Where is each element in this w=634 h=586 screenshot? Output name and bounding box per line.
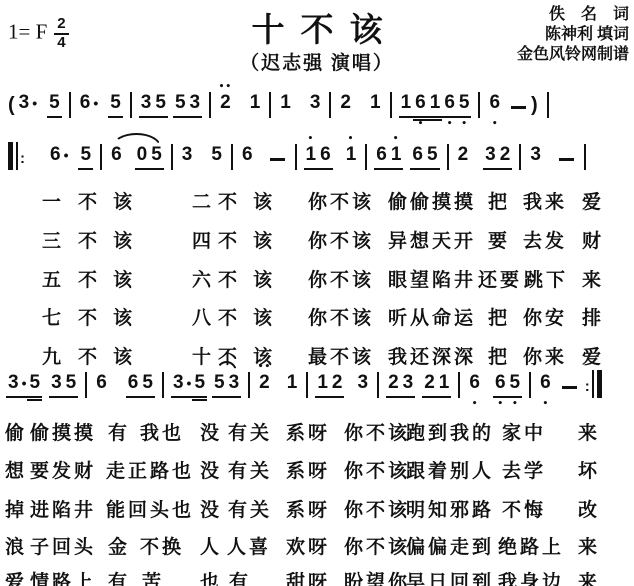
spacer	[233, 117, 248, 118]
lyric-word: 没	[200, 456, 222, 483]
repeat-dots: :	[585, 376, 590, 398]
note: 3	[401, 372, 416, 398]
music-line-intro: (3•56•535532••1132116•16•5•6•)	[6, 78, 556, 118]
lyric-word: 还要	[478, 265, 522, 292]
lyric-word: 该	[253, 303, 275, 330]
spacer	[293, 117, 308, 118]
lyric-word: 跑到我的	[406, 418, 494, 445]
spacer	[502, 117, 508, 118]
lyric-word: 你安	[523, 303, 567, 330]
note: 3	[227, 372, 242, 398]
note: 1	[368, 92, 383, 118]
lyric-word: 不	[78, 342, 100, 369]
lyric-word: 进陷井	[30, 495, 96, 522]
lyric-word: 来	[578, 567, 600, 586]
spacer	[553, 397, 559, 398]
octave-dot-below: •	[538, 400, 553, 409]
note: 3	[528, 144, 543, 170]
lyric-word: 你不该	[308, 187, 374, 214]
lyric-word: 欢呀	[286, 532, 330, 559]
dot-after-note: •	[92, 92, 99, 118]
octave-dot-below: •	[487, 120, 502, 129]
parenthesis: (	[6, 94, 17, 118]
parenthesis: )	[529, 94, 540, 118]
repeat-dots: :	[20, 148, 25, 170]
note: 6•	[487, 92, 502, 118]
octave-dot-below: •	[457, 120, 472, 129]
lyric-word: 有	[229, 567, 251, 586]
lyric-word: 金	[108, 532, 130, 559]
barline	[85, 372, 87, 398]
lyric-word: 你不该	[308, 226, 374, 253]
lyric-word: 苦	[142, 567, 164, 586]
lyric-word: 七	[42, 303, 64, 330]
octave-dot-below: •	[442, 120, 457, 129]
spacer	[415, 397, 422, 398]
lyric-word: 偷	[5, 418, 27, 445]
lyric-word: 三	[42, 226, 64, 253]
note: 1•	[304, 144, 319, 170]
repeat-close-sign: :	[583, 370, 602, 398]
spacer	[272, 397, 285, 398]
dot-after-note: •	[186, 372, 193, 398]
lyric-word: 该	[113, 187, 135, 214]
note: 3	[308, 92, 323, 118]
lyric-word: 浪	[5, 532, 27, 559]
spacer	[99, 117, 108, 118]
note: 2••	[257, 372, 272, 398]
lyric-word: 来	[578, 532, 600, 559]
lyric-word: 排	[582, 303, 604, 330]
lyric-word: 去学	[502, 456, 546, 483]
lyric-word: 盼望你	[344, 567, 410, 586]
lyric-word: 也	[200, 567, 222, 586]
lyric-word: 把	[488, 187, 510, 214]
barline	[295, 144, 297, 170]
barline	[447, 144, 449, 170]
lyric-word: 不	[218, 342, 240, 369]
octave-dot-below: •	[413, 120, 428, 129]
lyric-word: 想	[5, 456, 27, 483]
barline	[269, 92, 271, 118]
note: 1	[285, 372, 300, 398]
lyric-row: 九不该十不该最不该我还深深把你来爱	[0, 342, 634, 366]
repeat-bar	[16, 142, 18, 170]
lyric-word: 人喜	[227, 532, 271, 559]
note: 2	[338, 92, 353, 118]
lyric-word: 爱	[5, 567, 27, 586]
lyric-word: 明知邪路	[406, 495, 494, 522]
octave-dot-above: •	[344, 135, 359, 144]
note: 1	[315, 372, 330, 398]
lyric-word: 五	[42, 265, 64, 292]
note: 5•	[457, 92, 472, 118]
lyric-word: 该	[253, 187, 275, 214]
lyric-word: 该	[253, 226, 275, 253]
spacer	[42, 397, 49, 398]
note: 3	[49, 372, 64, 398]
note: 5	[64, 372, 79, 398]
lyric-word: 跟着别人	[406, 456, 494, 483]
repeat-open-sign: :	[8, 142, 27, 170]
dot-after-note: •	[31, 92, 38, 118]
lyric-word: 偷偷摸摸	[388, 187, 476, 214]
lyric-word: 你来	[523, 342, 567, 369]
note: 2••	[218, 92, 233, 118]
note: 6	[78, 92, 93, 118]
barline	[162, 372, 164, 398]
barline	[231, 144, 233, 170]
lyric-word: 异想天开	[388, 226, 476, 253]
lyric-word: 爱	[582, 187, 604, 214]
lyric-word: 有关	[228, 495, 272, 522]
octave-dot-below: •	[508, 400, 523, 409]
spacer	[470, 169, 483, 170]
lyric-word: 要发财	[30, 456, 96, 483]
barline	[329, 92, 331, 118]
lyric-word: 我来	[523, 187, 567, 214]
sheet-music-page: 1= F24 十不该 （迟志强 演唱） 佚 名 词 陈神利 填词 金色风铃网制谱…	[0, 0, 634, 586]
lyric-row: 掉进陷井能回头也没有关系呀你不该明知邪路不悔改	[0, 495, 634, 519]
note: 3	[355, 372, 370, 398]
lyric-word: 听从命运	[388, 303, 476, 330]
barline	[248, 372, 250, 398]
lyric-row: 一不该二不该你不该偷偷摸摸把我来爱	[0, 187, 634, 211]
note: 6	[374, 144, 389, 170]
lyric-word: 不	[78, 226, 100, 253]
note: 5	[27, 372, 42, 398]
lyric-word: 改	[578, 495, 600, 522]
note: 6•	[413, 92, 428, 118]
lyric-word: 十	[192, 342, 214, 369]
lyric-word: 没	[200, 495, 222, 522]
duration-dash	[511, 106, 526, 109]
note: 6•	[538, 372, 553, 398]
barline	[458, 372, 460, 398]
lyric-word: 二	[192, 187, 214, 214]
spacer	[344, 397, 355, 398]
lyric-word: 情路上	[30, 567, 96, 586]
barline	[130, 92, 132, 118]
lyric-word: 一	[42, 187, 64, 214]
barline	[69, 92, 71, 118]
lyric-word: 要	[488, 226, 510, 253]
note: 3	[180, 144, 195, 170]
music-line-verse: :6•56053561•61•61•652323	[5, 130, 593, 170]
note: 2	[330, 372, 345, 398]
note: 6•	[467, 372, 482, 398]
note: 1•	[389, 144, 404, 170]
note: 1	[248, 92, 263, 118]
lyric-word: 不换	[140, 532, 184, 559]
filled-lyrics-credit: 陈神利 填词	[517, 25, 629, 45]
barline	[365, 144, 367, 170]
barline	[377, 372, 379, 398]
lyric-word: 坏	[578, 456, 600, 483]
dot-after-note: •	[63, 144, 70, 170]
lyric-word: 你不该	[344, 456, 410, 483]
lyric-word: 走正路也	[106, 456, 194, 483]
note: 5	[149, 144, 164, 170]
lyric-word: 不	[78, 265, 100, 292]
barline	[100, 144, 102, 170]
lyric-word: 家中	[502, 418, 546, 445]
slur-group: 605	[109, 144, 164, 170]
note: 2	[386, 372, 401, 398]
spacer	[353, 117, 368, 118]
lyric-word: 去发	[523, 226, 567, 253]
lyric-word: 财	[582, 226, 604, 253]
lyric-word: 六	[192, 265, 214, 292]
note: 5	[173, 92, 188, 118]
lyric-word: 该	[113, 265, 135, 292]
barline	[519, 144, 521, 170]
octave-dot-below: •	[493, 400, 508, 409]
note: 5	[212, 372, 227, 398]
lyric-word: 有关	[228, 418, 272, 445]
lyric-word: 系呀	[286, 495, 330, 522]
lyric-word: 九	[42, 342, 64, 369]
spacer	[255, 169, 267, 170]
spacer	[30, 169, 48, 170]
spacer	[69, 169, 78, 170]
spacer	[543, 169, 556, 170]
note: 1	[437, 372, 452, 398]
lyric-word: 你不该	[308, 265, 374, 292]
lyric-word: 我也	[140, 418, 184, 445]
dot-after-note: •	[21, 372, 28, 398]
octave-dot-above: ••	[218, 83, 233, 92]
lyric-word: 不	[218, 303, 240, 330]
note: 3	[6, 372, 21, 398]
lyric-word: 不	[218, 187, 240, 214]
lyric-word: 系呀	[286, 456, 330, 483]
slur-group: 53	[212, 372, 241, 398]
lyric-word: 偏偏走到	[406, 532, 494, 559]
lyric-word: 八	[192, 303, 214, 330]
lyric-word: 不	[78, 187, 100, 214]
lyric-word: 能回头也	[106, 495, 194, 522]
lyric-word: 最不该	[308, 342, 374, 369]
note: 5•	[508, 372, 523, 398]
note: 5	[192, 372, 207, 398]
lyric-word: 四	[192, 226, 214, 253]
barline	[209, 92, 211, 118]
barline	[529, 372, 531, 398]
lyric-word: 系呀	[286, 418, 330, 445]
lyric-word: 爱	[582, 342, 604, 369]
lyric-row: 五不该六不该你不该眼望陷井还要跳下来	[0, 265, 634, 289]
octave-dot-above: •	[304, 135, 319, 144]
spacer	[38, 117, 47, 118]
note: 2	[422, 372, 437, 398]
repeat-bar	[597, 370, 602, 398]
lyric-word: 绝路上	[498, 532, 564, 559]
lyric-word: 眼望陷井	[388, 265, 476, 292]
lyric-word: 我还深深	[388, 342, 476, 369]
note: 3	[188, 92, 203, 118]
lyric-word: 不悔	[502, 495, 546, 522]
lyricist-credit: 佚 名 词	[517, 5, 629, 25]
barline	[547, 92, 549, 118]
note: 5	[47, 92, 62, 118]
lyric-row: 浪子回头金不换人人喜欢呀你不该偏偏走到绝路上来	[0, 532, 634, 556]
note: 2	[498, 144, 513, 170]
note: 3	[139, 92, 154, 118]
lyric-word: 不	[218, 226, 240, 253]
lyric-word: 人	[200, 532, 222, 559]
note: 3	[483, 144, 498, 170]
duration-dash	[559, 158, 574, 161]
note: 5	[108, 92, 123, 118]
lyric-row: 七不该八不该你不该听从命运把你安排	[0, 303, 634, 327]
lyric-word: 该	[113, 342, 135, 369]
lyric-word: 你不该	[344, 495, 410, 522]
lyric-word: 该	[113, 226, 135, 253]
note: 0	[135, 144, 150, 170]
note: 6	[48, 144, 63, 170]
note: 6	[109, 144, 124, 170]
note: 6•	[493, 372, 508, 398]
lyric-word: 不	[218, 265, 240, 292]
lyric-word: 我身边	[498, 567, 564, 586]
lyric-word: 你不该	[344, 532, 410, 559]
lyric-word: 甜呀	[286, 567, 330, 586]
duration-dash	[562, 386, 577, 389]
barline	[306, 372, 308, 398]
lyric-word: 掉	[5, 495, 27, 522]
barline	[171, 144, 173, 170]
lyric-row: 爱情路上有苦也有甜呀盼望你早日回到我身边来	[0, 567, 634, 586]
note: 3	[171, 372, 186, 398]
note: 1	[399, 92, 414, 118]
lyric-word: 没	[200, 418, 222, 445]
lyric-word: 该	[113, 303, 135, 330]
note: 6	[94, 372, 109, 398]
repeat-bar	[8, 142, 13, 170]
octave-dot-above: •	[389, 135, 404, 144]
barline	[584, 144, 586, 170]
note: 3	[17, 92, 32, 118]
lyric-word: 把	[488, 342, 510, 369]
lyric-word: 子回头	[30, 532, 96, 559]
lyric-word: 来	[578, 418, 600, 445]
spacer	[124, 169, 135, 170]
octave-dot-below: •	[467, 400, 482, 409]
lyric-word: 该	[253, 265, 275, 292]
lyric-word: 你不该	[344, 418, 410, 445]
slur-arc	[112, 133, 161, 147]
lyric-word: 偷摸摸	[30, 418, 96, 445]
note: 5	[209, 144, 224, 170]
lyric-word: 该	[253, 342, 275, 369]
credits-block: 佚 名 词 陈神利 填词 金色风铃网制谱	[517, 5, 629, 65]
transcriber-credit: 金色风铃网制谱	[517, 45, 629, 65]
note: 6	[126, 372, 141, 398]
note: 6	[318, 144, 333, 170]
note: 6	[240, 144, 255, 170]
duration-dash	[270, 158, 285, 161]
note: 5	[425, 144, 440, 170]
spacer	[194, 169, 209, 170]
spacer	[482, 397, 493, 398]
note: 1•	[344, 144, 359, 170]
lyric-word: 来	[582, 265, 604, 292]
note: 1	[428, 92, 443, 118]
repeat-bar	[592, 370, 594, 398]
lyric-word: 你不该	[308, 303, 374, 330]
lyric-word: 不	[78, 303, 100, 330]
lyric-row: 想要发财走正路也没有关系呀你不该跟着别人去学坏	[0, 456, 634, 480]
spacer	[403, 169, 410, 170]
lyric-word: 有	[108, 567, 130, 586]
note: 1	[278, 92, 293, 118]
lyric-row: 偷偷摸摸有我也没有关系呀你不该跑到我的家中来	[0, 418, 634, 442]
lyric-row: 三不该四不该你不该异想天开要去发财	[0, 226, 634, 250]
lyric-word: 把	[488, 303, 510, 330]
note: 6	[410, 144, 425, 170]
lyric-word: 有关	[228, 456, 272, 483]
lyric-word: 有	[108, 418, 130, 445]
note: 5	[78, 144, 93, 170]
note: 5	[153, 92, 168, 118]
note: 6•	[442, 92, 457, 118]
spacer	[109, 397, 126, 398]
note: 5	[140, 372, 155, 398]
barline	[390, 92, 392, 118]
lyric-word: 早日回到	[406, 567, 494, 586]
barline	[478, 92, 480, 118]
spacer	[333, 169, 344, 170]
lyric-word: 跳下	[524, 265, 568, 292]
note: 2	[456, 144, 471, 170]
